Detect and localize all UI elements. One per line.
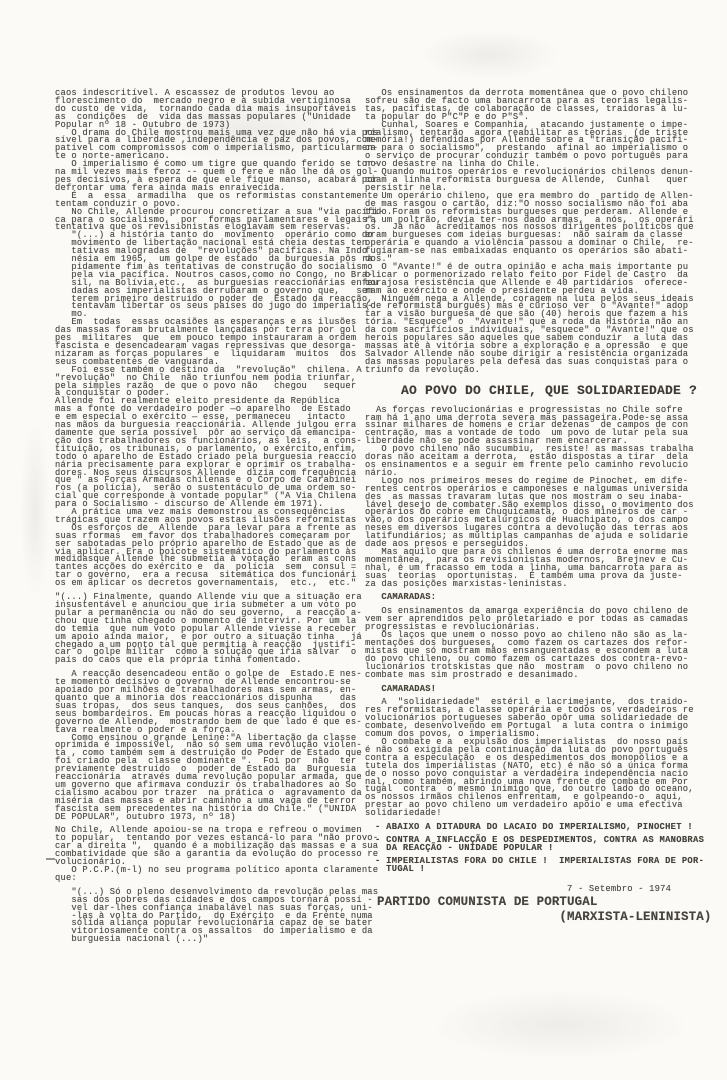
document-page: caos indescritível. A escassez de produt…: [0, 0, 727, 1080]
paragraph-quote-finalmente: "(...) Finalmente, quando Allende viu qu…: [55, 594, 367, 665]
camaradas-label: CAMARADAS:: [365, 594, 723, 602]
text-line: - ABAIXO A DITADURA DO LACAIO DO IMPERIA…: [375, 824, 723, 832]
quote-pcp-programa: "(...) Só o pleno desenvolvimento da rev…: [55, 889, 367, 944]
text-line: DE POPULAR", outubro 1973, nº 18): [55, 814, 367, 822]
signature: PARTIDO COMUNISTA DE PORTUGAL (MARXISTA-…: [377, 895, 723, 925]
text-line: tentavam libertar os seus países do jugo…: [55, 303, 367, 311]
text-line: solidariedade!: [365, 810, 723, 818]
text-line: PARTIDO COMUNISTA DE PORTUGAL: [377, 895, 723, 910]
slogan-item: - ABAIXO A DITADURA DO LACAIO DO IMPERIA…: [375, 824, 723, 832]
pen-mark: [46, 858, 55, 860]
text-line: os em aplicar os decretos governamentais…: [55, 580, 367, 588]
text-line: que:: [55, 875, 367, 883]
right-column: Os ensinamentos da derrota momentânea qu…: [365, 90, 723, 925]
text-line: combate mas sim prostrado e desanimado.: [365, 672, 723, 680]
text-line: os ensinamentos e a seguir em frente pel…: [365, 462, 723, 470]
text-line: 7 - Setembro - 1974: [567, 886, 723, 894]
text-line: país do caos que ela própria tinha fomen…: [55, 657, 367, 665]
slogan-item: - IMPERIALISTAS FORA DO CHILE ! IMPERIAL…: [375, 858, 723, 874]
text-line: (MARXISTA-LENINISTA): [377, 910, 723, 925]
text-line: AO POVO DO CHILE, QUE SOLIDARIEDADE ?: [401, 382, 723, 399]
text-line: CAMARADAS!: [365, 686, 723, 694]
text-line: O P.C.P.(m-l) no seu programa político a…: [55, 867, 367, 875]
camaradas-label: CAMARADAS!: [365, 686, 723, 694]
text-line: TUGAL !: [375, 866, 723, 874]
text-line: za das posições marxistas-leninistas.: [365, 581, 723, 589]
scan-smudge: [20, 420, 50, 600]
section-heading: AO POVO DO CHILE, QUE SOLIDARIEDADE ?: [401, 382, 723, 399]
paragraph-no-chile: No Chile, Allende apoiou-se na tropa e r…: [55, 827, 367, 882]
paragraph-forcas-revolucionarias: As forças revolucionárias e progressista…: [365, 407, 723, 589]
date-line: 7 - Setembro - 1974: [567, 886, 723, 894]
text-line: burguesia nacional (...)": [55, 936, 367, 944]
scan-smudge: [420, 30, 560, 80]
paragraph-camaradas-1: Os ensinamentos da amarga experiência do…: [365, 608, 723, 679]
text-line: - IMPERIALISTAS FORA DO CHILE ! IMPERIAL…: [375, 858, 723, 866]
slogan-item: - CONTRA A INFLACÇÃO E OS DESPEDIMENTOS,…: [375, 837, 723, 853]
paragraph-chile-crisis: caos indescritível. A escassez de produt…: [55, 90, 367, 588]
scan-smudge: [430, 990, 690, 1060]
paragraph-camaradas-2: A "solidariedade" estéril e lacrimejante…: [365, 699, 723, 818]
paragraph-ensinamentos-derrota: Os ensinamentos da derrota momentânea qu…: [365, 90, 723, 375]
text-line: fugiaram-se nas embaixadas enquanto os o…: [365, 248, 723, 256]
text-line: triunfo da revolução.: [365, 367, 723, 375]
text-line: DA REACÇÃO - UNIDADE POPULAR !: [375, 845, 723, 853]
left-column: caos indescritível. A escassez de produt…: [55, 90, 367, 944]
paragraph-gap: [365, 375, 723, 379]
text-line: CAMARADAS:: [365, 594, 723, 602]
paragraph-golpe-de-estado: A reacção desencadeou então o golpe de E…: [55, 671, 367, 821]
paragraph-gap: [365, 879, 723, 883]
